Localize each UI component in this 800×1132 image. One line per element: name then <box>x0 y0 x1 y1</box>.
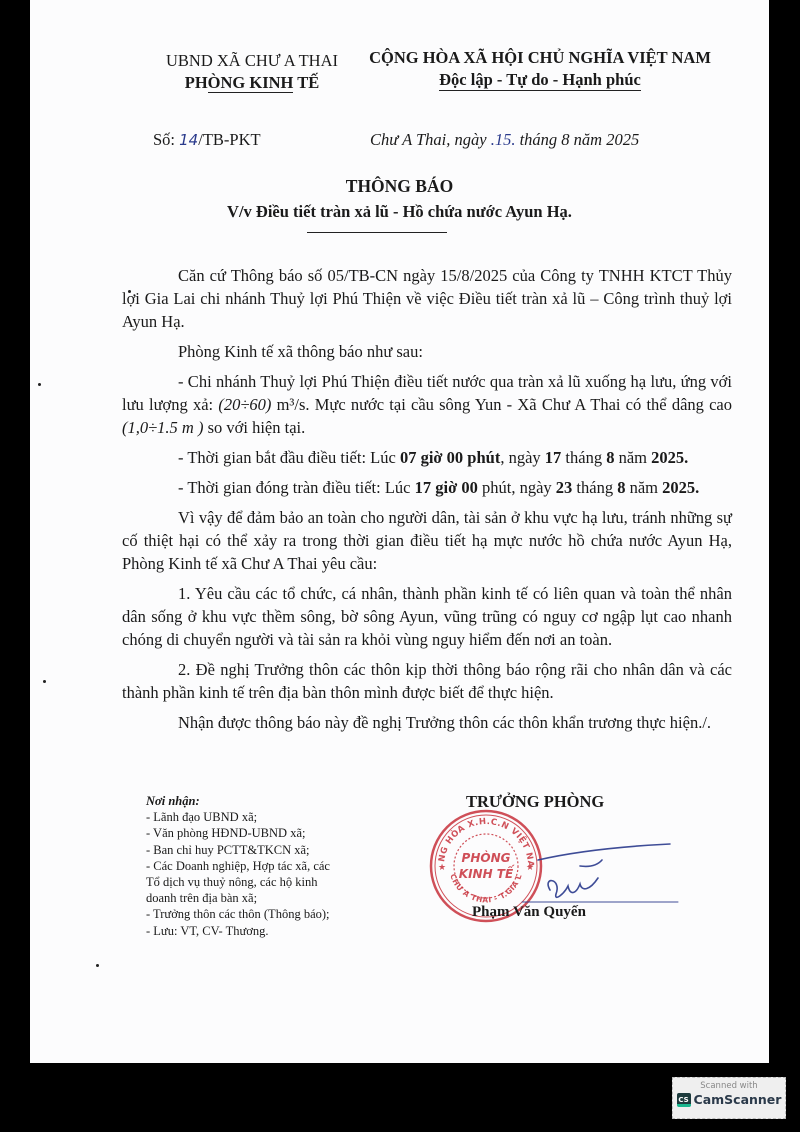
start-time: - Thời gian bắt đầu điều tiết: Lúc 07 gi… <box>122 446 732 469</box>
start-month-label: tháng <box>561 448 606 467</box>
paragraph-request: Vì vậy để đảm bảo an toàn cho người dân,… <box>122 506 732 575</box>
recipient-item: - Các Doanh nghiệp, Hợp tác xã, các Tổ d… <box>146 858 346 907</box>
national-motto: CỘNG HÒA XÃ HỘI CHỦ NGHĨA VIỆT NAM Độc l… <box>330 47 750 91</box>
scan-speck <box>38 383 41 386</box>
scanned-document-page: UBND XÃ CHƯ A THAI PHÒNG KINH TẾ CỘNG HÒ… <box>30 0 769 1063</box>
start-hour: 07 giờ 00 phút <box>400 448 500 467</box>
request-item-2: 2. Đề nghị Trưởng thôn các thôn kịp thời… <box>122 658 732 704</box>
end-mid: phút, ngày <box>478 478 556 497</box>
agency-dept-underlined: ÒNG KINH <box>208 73 294 93</box>
scan-speck <box>96 964 99 967</box>
svg-text:PHÒNG: PHÒNG <box>462 850 511 865</box>
paragraph-announcement: Phòng Kinh tế xã thông báo như sau: <box>122 340 732 363</box>
scan-speck <box>43 680 46 683</box>
paragraph-basis: Căn cứ Thông báo số 05/TB-CN ngày 15/8/2… <box>122 264 732 333</box>
agency-department: PHÒNG KINH TẾ <box>152 72 352 94</box>
camscanner-brand: CS CamScanner <box>673 1092 785 1107</box>
recipient-item: - Lưu: VT, CV- Thương. <box>146 923 346 939</box>
end-time: - Thời gian đóng tràn điều tiết: Lúc 17 … <box>122 476 732 499</box>
document-title: THÔNG BÁO <box>30 176 769 197</box>
place-date-pre: Chư A Thai, ngày <box>370 130 491 149</box>
start-year-label: năm <box>614 448 651 467</box>
end-year-label: năm <box>625 478 662 497</box>
doc-number-suffix: /TB-PKT <box>198 130 260 149</box>
date-day-handwritten: .15. <box>491 130 516 149</box>
agency-dept-part: PH <box>185 73 208 92</box>
agency-parent: UBND XÃ CHƯ A THAI <box>152 50 352 72</box>
camscanner-watermark: Scanned with CS CamScanner <box>672 1077 786 1119</box>
paragraph-discharge: - Chi nhánh Thuỷ lợi Phú Thiện điều tiết… <box>122 370 732 439</box>
end-day: 23 <box>556 478 573 497</box>
document-subject: V/v Điều tiết tràn xả lũ - Hồ chứa nước … <box>30 202 769 222</box>
end-hour: 17 giờ 00 <box>415 478 478 497</box>
doc-number-label: Số: <box>153 130 179 149</box>
start-mid: , ngày <box>500 448 544 467</box>
water-rise: (1,0÷1.5 m ) <box>122 418 203 437</box>
document-body: Căn cứ Thông báo số 05/TB-CN ngày 15/8/2… <box>122 264 732 741</box>
start-day: 17 <box>545 448 562 467</box>
signer-name: Phạm Văn Quyến <box>472 904 586 921</box>
nation-name: CỘNG HÒA XÃ HỘI CHỦ NGHĨA VIỆT NAM <box>330 47 750 69</box>
discharge-text: m³/s. Mực nước tại cầu sông Yun - Xã Chư… <box>271 395 732 414</box>
svg-text:★: ★ <box>438 863 446 873</box>
agency-dept-part: TẾ <box>293 73 319 92</box>
end-year: 2025. <box>662 478 699 497</box>
issuing-agency: UBND XÃ CHƯ A THAI PHÒNG KINH TẾ <box>152 50 352 94</box>
scan-speck <box>128 290 131 293</box>
motto: Độc lập - Tự do - Hạnh phúc <box>439 70 641 91</box>
recipient-item: - Lãnh đạo UBND xã; <box>146 809 346 825</box>
camscanner-logo-icon: CS <box>677 1093 691 1107</box>
camscanner-brand-name: CamScanner <box>694 1092 782 1107</box>
recipients-list: Nơi nhận: - Lãnh đạo UBND xã; - Văn phòn… <box>146 793 346 939</box>
doc-number-handwritten: 14 <box>179 131 198 149</box>
start-year: 2025. <box>651 448 688 467</box>
end-month-label: tháng <box>572 478 617 497</box>
scanned-with-label: Scanned with <box>673 1081 785 1091</box>
start-label: - Thời gian bắt đầu điều tiết: Lúc <box>178 448 400 467</box>
closing-paragraph: Nhận được thông báo này đề nghị Trưởng t… <box>122 711 732 734</box>
recipient-item: - Ban chỉ huy PCTT&TKCN xã; <box>146 842 346 858</box>
place-and-date: Chư A Thai, ngày .15. tháng 8 năm 2025 <box>370 130 639 150</box>
recipient-item: - Trưởng thôn các thôn (Thông báo); <box>146 906 346 922</box>
discharge-flow: (20÷60) <box>218 395 271 414</box>
request-item-1: 1. Yêu cầu các tổ chức, cá nhân, thành p… <box>122 582 732 651</box>
place-date-post: tháng 8 năm 2025 <box>515 130 639 149</box>
end-label: - Thời gian đóng tràn điều tiết: Lúc <box>178 478 415 497</box>
discharge-text: so với hiện tại. <box>203 418 305 437</box>
recipient-item: - Văn phòng HĐND-UBND xã; <box>146 825 346 841</box>
document-number: Số: 14/TB-PKT <box>153 130 261 150</box>
subject-underline <box>307 232 447 233</box>
recipients-heading: Nơi nhận: <box>146 793 346 809</box>
svg-text:KINH TẾ: KINH TẾ <box>459 865 515 881</box>
